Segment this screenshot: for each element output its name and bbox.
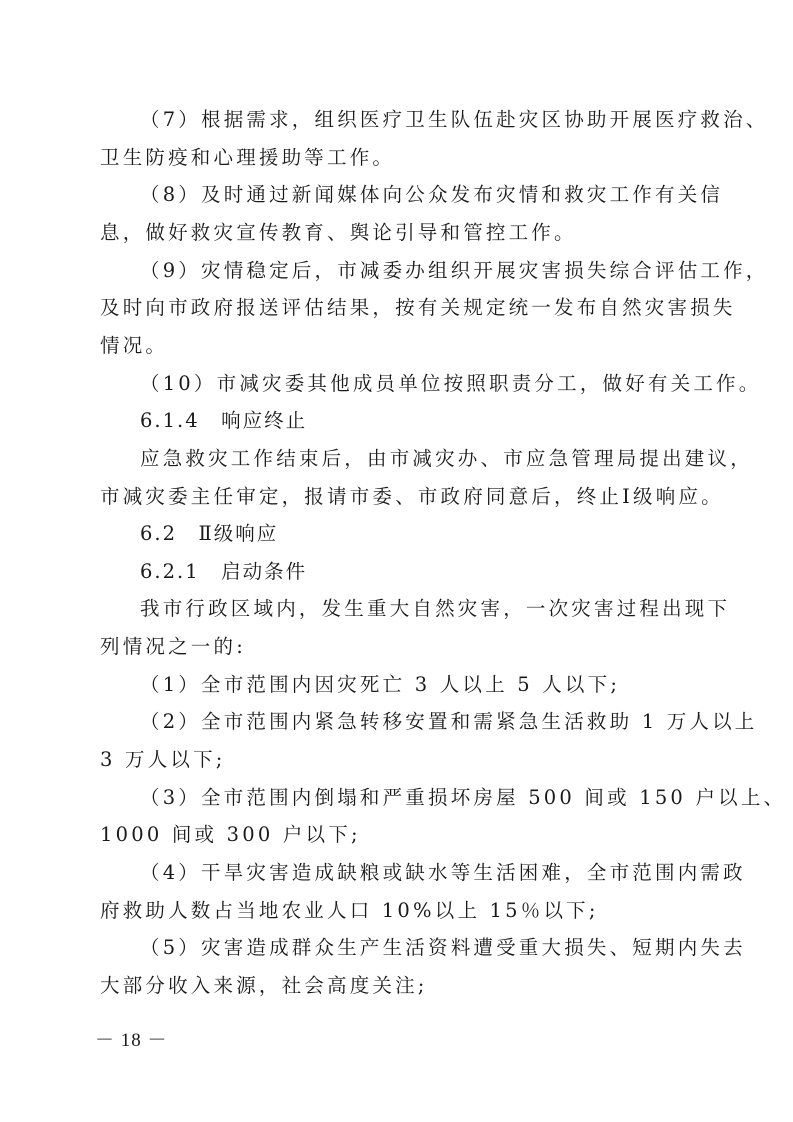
paragraph-item-7-line-1: （7）根据需求，组织医疗卫生队伍赴灾区协助开展医疗救治、 — [140, 106, 700, 134]
condition-item-5-line-1: （5）灾害造成群众生产生活资料遭受重大损失、短期内失去 — [140, 934, 700, 962]
paragraph-termination-line-1: 应急救灾工作结束后，由市减灾办、市应急管理局提出建议， — [140, 445, 700, 473]
page-number: － 18 － — [95, 1025, 168, 1052]
condition-item-1: （1）全市范围内因灾死亡 3 人以上 5 人以下; — [140, 671, 700, 699]
section-heading-6-1-4: 6.1.4 响应终止 — [140, 407, 700, 435]
paragraph-item-8-line-2: 息，做好救灾宣传教育、舆论引导和管控工作。 — [100, 219, 700, 247]
document-page: （7）根据需求，组织医疗卫生队伍赴灾区协助开展医疗救治、 卫生防疫和心理援助等工… — [0, 0, 793, 1122]
paragraph-item-10: （10）市减灾委其他成员单位按照职责分工，做好有关工作。 — [140, 370, 700, 398]
condition-item-5-line-2: 大部分收入来源，社会高度关注; — [100, 972, 700, 1000]
paragraph-conditions-line-2: 列情况之一的: — [100, 633, 700, 661]
section-heading-6-2: 6.2 Ⅱ级响应 — [140, 520, 700, 548]
paragraph-item-7-line-2: 卫生防疫和心理援助等工作。 — [100, 144, 700, 172]
condition-item-3-line-2: 1000 间或 300 户以下; — [100, 821, 700, 849]
condition-item-4-line-1: （4）干旱灾害造成缺粮或缺水等生活困难，全市范围内需政 — [140, 859, 700, 887]
condition-item-3-line-1: （3）全市范围内倒塌和严重损坏房屋 500 间或 150 户以上、 — [140, 784, 700, 812]
condition-item-2-line-1: （2）全市范围内紧急转移安置和需紧急生活救助 1 万人以上 — [140, 708, 700, 736]
paragraph-termination-line-2: 市减灾委主任审定，报请市委、市政府同意后，终止Ⅰ级响应。 — [100, 483, 700, 511]
paragraph-item-9-line-1: （9）灾情稳定后，市减委办组织开展灾害损失综合评估工作， — [140, 257, 700, 285]
paragraph-conditions-line-1: 我市行政区域内，发生重大自然灾害，一次灾害过程出现下 — [140, 595, 700, 623]
condition-item-2-line-2: 3 万人以下; — [100, 746, 700, 774]
paragraph-item-8-line-1: （8）及时通过新闻媒体向公众发布灾情和救灾工作有关信 — [140, 181, 700, 209]
paragraph-item-9-line-2: 及时向市政府报送评估结果，按有关规定统一发布自然灾害损失 — [100, 294, 700, 322]
section-heading-6-2-1: 6.2.1 启动条件 — [140, 558, 700, 586]
paragraph-item-9-line-3: 情况。 — [100, 332, 700, 360]
condition-item-4-line-2: 府救助人数占当地农业人口 10%以上 15％以下; — [100, 897, 700, 925]
